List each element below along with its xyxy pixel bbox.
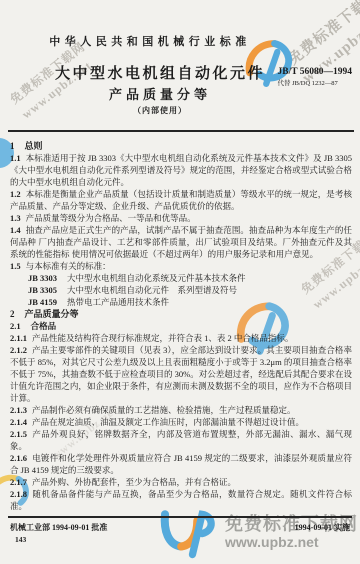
page-number: 143 (15, 535, 26, 544)
document-title-line1: 大中型水电机组自动化元件 (0, 62, 320, 83)
standard-number-block: JB/T 56080—1994 代替 JB/DQ 1232—87 (277, 67, 352, 87)
implementation-line: 1994-09-01 实施 (295, 522, 350, 533)
paragraph: 2.1.5产品外观良好，铭牌数据齐全，内部及管道布置规整，外部无漏油、漏水、漏气… (10, 428, 352, 452)
paragraph: 2.1.2产品主要零部件的关键项目（见表 3），应全部达到设计要求。其主要项目抽… (10, 344, 352, 404)
standard-number: JB/T 56080—1994 (277, 67, 352, 77)
paragraph: 2.1.8随机备品备件能与产品互换，备品至少为合格品，数量符合规定。随机文件符合… (10, 488, 352, 512)
paragraph: 1.1本标准适用于按 JB 3303《大中型水电机组自动化系统及元件基本技术文件… (10, 152, 352, 188)
paragraph: 2.1.1产品性能及结构符合现行标准规定，并符合表 1、表 2 中合格品指标。 (10, 332, 352, 344)
footer-divider (8, 516, 352, 518)
approval-line: 机械工业部 1994-09-01 批准 (10, 522, 107, 533)
document-subtitle: （内部使用） (0, 105, 320, 116)
reference-item: JB 3305大中型水电机组自动化元件 系列型谱及符号 (10, 284, 352, 296)
section-heading: 2.1合格品 (10, 320, 352, 332)
header-divider (8, 130, 354, 132)
paragraph: 1.2本标准是衡量企业产品质量（包括设计质量和制造质量）等级水平的统一规定，是考… (10, 188, 352, 212)
section-heading: 2产品质量分等 (10, 308, 352, 320)
document-footer: 机械工业部 1994-09-01 批准 1994-09-01 实施 (10, 522, 350, 533)
replaced-standard: 代替 JB/DQ 1232—87 (277, 78, 352, 87)
standard-type-line: 中华人民共和国机械行业标准 (0, 33, 300, 49)
paragraph: 2.1.7产品外购、外协配套件，至少为合格品，并有合格证。 (10, 476, 352, 488)
document-body: 1总则1.1本标准适用于按 JB 3303《大中型水电机组自动化系统及元件基本技… (10, 140, 352, 512)
section-heading: 1总则 (10, 140, 352, 152)
paragraph: 1.3产品质量等级分为合格品、一等品和优等品。 (10, 212, 352, 224)
paragraph: 2.1.6电镀件和化学处理件外观质量应符合 JB 4159 规定的二级要求，油漆… (10, 452, 352, 476)
reference-item: JB 4159热带电工产品通用技术条件 (10, 296, 352, 308)
paragraph: 1.5与本标准有关的标准： (10, 260, 352, 272)
paragraph: 2.1.4产品在规定油质、油温及额定工作油压时，内部漏油量不得超过设计值。 (10, 416, 352, 428)
document-title-line2: 产品质量分等 (0, 84, 320, 103)
paragraph: 2.1.3产品制作必须有确保质量的工艺措施、检验措施，生产过程质量稳定。 (10, 404, 352, 416)
paragraph: 1.4抽查产品应是正式生产的产品，试制产品不属于抽查范围。抽查品种为本年度生产的… (10, 224, 352, 260)
scanned-standard-page: 免费标准下载网 www.upbz.net 免费标准下载网 www.upbz.ne… (0, 0, 360, 564)
reference-item: JB 3303大中型水电机组自动化系统及元件基本技术条件 (10, 272, 352, 284)
